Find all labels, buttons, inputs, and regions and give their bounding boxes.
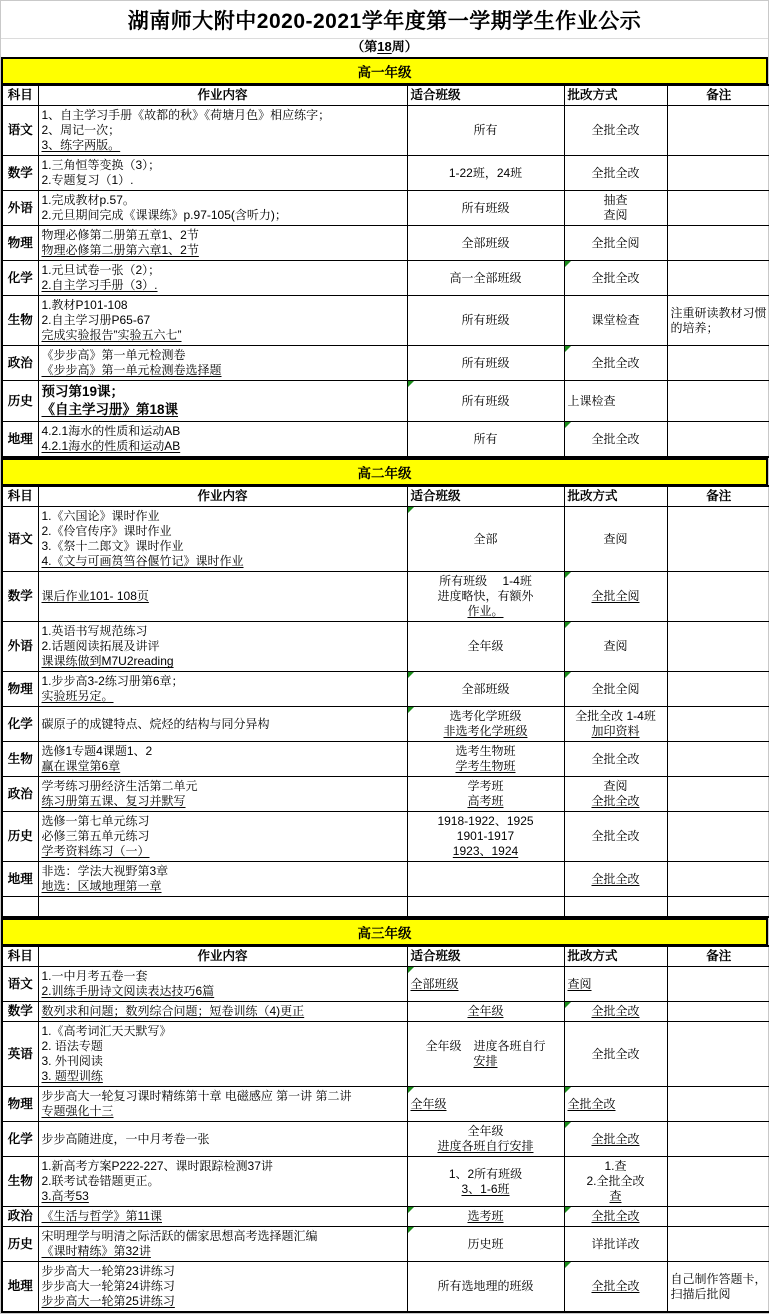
table-row: 生物选修1专题4课题1、2赢在课堂第6章选考生物班学考生物班全批全改 xyxy=(2,742,769,777)
text-line: 全年级 xyxy=(411,1004,561,1019)
homework-content-cell xyxy=(38,897,407,918)
text-line: 1.元旦试卷一张（2）； xyxy=(42,263,404,278)
text-line: 全年级 xyxy=(411,1124,561,1139)
grading-method-cell: 上课检查 xyxy=(564,381,667,422)
grading-method-cell: 全批全阅 xyxy=(564,572,667,622)
note-cell xyxy=(667,191,769,226)
classes-cell: 所有选地理的班级 xyxy=(407,1262,564,1313)
classes-cell: 所有 xyxy=(407,422,564,458)
table-row: 物理1.步步高3-2练习册第6章；实验班另定。全部班级全批全阅 xyxy=(2,672,769,707)
text-line: 所有 xyxy=(411,432,561,447)
classes-cell: 全年级 xyxy=(407,622,564,672)
grade-band: 高三年级 xyxy=(1,918,768,945)
grading-method-cell: 全批全改 xyxy=(564,1002,667,1022)
classes-cell: 所有班级 xyxy=(407,296,564,346)
text-line: 2.话题阅读拓展及讲评 xyxy=(42,639,404,654)
grading-method-cell: 全批全改 xyxy=(564,742,667,777)
homework-content-cell: 1.完成教材p.57。2.元旦期间完成《课课练》p.97-105(含听力)； xyxy=(38,191,407,226)
grading-method-cell: 全批全改 xyxy=(564,106,667,156)
text-line: 2.全批全改 xyxy=(568,1174,664,1189)
text-line: 1901-1917 xyxy=(411,829,561,844)
text-line: 《步步高》第一单元检测卷 xyxy=(42,348,404,363)
table-row: 数学1.三角恒等变换（3）；2.专题复习（1）.1-22班，24班全批全改 xyxy=(2,156,769,191)
grading-method-cell: 查阅 xyxy=(564,622,667,672)
text-line: 全批全改 xyxy=(568,1097,664,1112)
text-line: 《自主学习册》第18课 xyxy=(42,401,404,419)
column-header: 备注 xyxy=(667,486,769,507)
classes-cell: 全部班级 xyxy=(407,967,564,1002)
text-line: 全年级 xyxy=(411,1097,561,1112)
column-header: 批改方式 xyxy=(564,85,667,106)
text-line: 作业。 xyxy=(411,604,561,619)
text-line: 3. 题型训练 xyxy=(42,1069,404,1084)
text-line: 自己制作答题卡，扫描后批阅 xyxy=(671,1272,768,1302)
subject-cell: 化学 xyxy=(2,1122,38,1157)
text-line: 3.高考53 xyxy=(42,1189,404,1204)
table-row: 政治《生活与哲学》第11课选考班全批全改 xyxy=(2,1207,769,1227)
text-line: 必修三第五单元练习 xyxy=(42,829,404,844)
text-line: 2.自主学习册P65-67 xyxy=(42,313,404,328)
text-line: 《步步高》第一单元检测卷选择题 xyxy=(42,363,404,378)
note-cell xyxy=(667,1227,769,1262)
table-row: 地理步步高大一轮第23讲练习步步高大一轮第24讲练习步步高大一轮第25讲练习所有… xyxy=(2,1262,769,1313)
text-line: 2.自主学习手册（3）. xyxy=(42,278,404,293)
subject-cell xyxy=(2,897,38,918)
classes-cell: 全年级 xyxy=(407,1087,564,1122)
grading-method-cell: 查阅 xyxy=(564,967,667,1002)
subject-cell: 政治 xyxy=(2,1207,38,1227)
note-cell xyxy=(667,261,769,296)
column-header: 备注 xyxy=(667,946,769,967)
homework-announcement-sheet: 湖南师大附中2020-2021学年度第一学期学生作业公示 （第 18周） 高一年… xyxy=(0,0,769,1314)
classes-cell: 选考班 xyxy=(407,1207,564,1227)
text-line: 1、自主学习手册《故都的秋》《荷塘月色》相应练字； xyxy=(42,108,404,123)
note-cell xyxy=(667,422,769,458)
note-cell xyxy=(667,1087,769,1122)
text-line: 3、练字两版。 xyxy=(42,138,404,153)
table-row: 历史选修一第七单元练习必修三第五单元练习学考资料练习（一）1918-1922、1… xyxy=(2,812,769,862)
grading-method-cell: 全批全改 xyxy=(564,1122,667,1157)
text-line: 课后作业101- 108页 xyxy=(42,589,404,604)
grade-band: 高一年级 xyxy=(1,57,768,84)
text-line: 查阅 xyxy=(568,977,664,992)
note-cell xyxy=(667,742,769,777)
classes-cell: 学考班高考班 xyxy=(407,777,564,812)
text-line: 4.2.1海水的性质和运动AB xyxy=(42,424,404,439)
classes-cell: 全部班级 xyxy=(407,226,564,261)
text-line: 所有班级 xyxy=(411,356,561,371)
grading-method-cell: 查阅 xyxy=(564,507,667,572)
text-line: 全部 xyxy=(411,532,561,547)
classes-cell: 所有班级 xyxy=(407,191,564,226)
homework-content-cell: 物理必修第二册第五章1、2节物理必修第二册第六章1、2节 xyxy=(38,226,407,261)
table-row: 生物1.教材P101-1082.自主学习册P65-67完成实验报告”实验五六七”… xyxy=(2,296,769,346)
table-row: 地理非选：学法大视野第3章地选：区域地理第一章全批全改 xyxy=(2,862,769,897)
homework-content-cell: 选修1专题4课题1、2赢在课堂第6章 xyxy=(38,742,407,777)
grading-method-cell: 抽查查阅 xyxy=(564,191,667,226)
homework-content-cell: 《生活与哲学》第11课 xyxy=(38,1207,407,1227)
classes-cell: 1918-1922、19251901-19171923、1924 xyxy=(407,812,564,862)
grade-band: 高二年级 xyxy=(1,458,768,485)
text-line: 全批全改 xyxy=(568,123,664,138)
note-cell xyxy=(667,507,769,572)
classes-cell: 全部班级 xyxy=(407,672,564,707)
text-line: 1.查 xyxy=(568,1159,664,1174)
text-line: 2.联考试卷错题更正。 xyxy=(42,1174,404,1189)
note-cell xyxy=(667,1002,769,1022)
text-line: 《生活与哲学》第11课 xyxy=(42,1209,404,1224)
homework-content-cell: 1.新高考方案P222-227、课时跟踪检测37讲2.联考试卷错题更正。3.高考… xyxy=(38,1157,407,1207)
text-line: 全批全改 xyxy=(568,1047,664,1062)
homework-content-cell: 1.一中月考五卷一套2.训练手册诗文阅读表达技巧6篇 xyxy=(38,967,407,1002)
homework-content-cell: 1.教材P101-1082.自主学习册P65-67完成实验报告”实验五六七” xyxy=(38,296,407,346)
grading-method-cell: 全批全改 xyxy=(564,422,667,458)
text-line: 安排 xyxy=(411,1054,561,1069)
text-line: 全部班级 xyxy=(411,682,561,697)
subject-cell: 数学 xyxy=(2,156,38,191)
note-cell xyxy=(667,862,769,897)
text-line: 非选：学法大视野第3章 xyxy=(42,864,404,879)
grading-method-cell: 全批全改 xyxy=(564,1087,667,1122)
note-cell: 自己制作答题卡，扫描后批阅 xyxy=(667,1262,769,1313)
table-row: 外语1.英语书写规范练习2.话题阅读拓展及讲评课课练做到M7U2reading全… xyxy=(2,622,769,672)
text-line: 1918-1922、1925 xyxy=(411,814,561,829)
column-header: 适合班级 xyxy=(407,486,564,507)
text-line: 全批全改 xyxy=(568,872,664,887)
homework-content-cell: 步步高大一轮第23讲练习步步高大一轮第24讲练习步步高大一轮第25讲练习 xyxy=(38,1262,407,1313)
homework-content-cell: 4.2.1海水的性质和运动AB4.2.1海水的性质和运动AB xyxy=(38,422,407,458)
subject-cell: 历史 xyxy=(2,381,38,422)
text-line: 查阅 xyxy=(568,208,664,223)
homework-table: 科目作业内容适合班级批改方式备注语文1.一中月考五卷一套2.训练手册诗文阅读表达… xyxy=(1,945,769,1313)
text-line: 3.《祭十二郎文》课时作业 xyxy=(42,539,404,554)
note-cell xyxy=(667,812,769,862)
homework-content-cell: 1.英语书写规范练习2.话题阅读拓展及讲评课课练做到M7U2reading xyxy=(38,622,407,672)
note-cell xyxy=(667,672,769,707)
text-line: 全批全改 xyxy=(568,1279,664,1294)
column-header: 批改方式 xyxy=(564,486,667,507)
text-line: 1.步步高3-2练习册第6章； xyxy=(42,674,404,689)
homework-content-cell: 步步高随进度，一中月考卷一张 xyxy=(38,1122,407,1157)
text-line: 上课检查 xyxy=(568,394,664,409)
text-line: 全批全改 xyxy=(568,752,664,767)
table-row: 语文1.一中月考五卷一套2.训练手册诗文阅读表达技巧6篇全部班级查阅 xyxy=(2,967,769,1002)
column-header: 科目 xyxy=(2,85,38,106)
note-cell xyxy=(667,226,769,261)
text-line: 2.训练手册诗文阅读表达技巧6篇 xyxy=(42,984,404,999)
grading-method-cell: 全批全阅 xyxy=(564,226,667,261)
text-line: 1.英语书写规范练习 xyxy=(42,624,404,639)
text-line: 选修一第七单元练习 xyxy=(42,814,404,829)
classes-cell: 所有 xyxy=(407,106,564,156)
table-row: 外语1.完成教材p.57。2.元旦期间完成《课课练》p.97-105(含听力)；… xyxy=(2,191,769,226)
table-row: 英语1.《高考词汇天天默写》2. 语法专题3. 外刊阅读3. 题型训练全年级 进… xyxy=(2,1022,769,1087)
homework-table: 科目作业内容适合班级批改方式备注语文1、自主学习手册《故都的秋》《荷塘月色》相应… xyxy=(1,84,769,458)
note-cell xyxy=(667,1122,769,1157)
homework-content-cell: 1、自主学习手册《故都的秋》《荷塘月色》相应练字；2、周记一次；3、练字两版。 xyxy=(38,106,407,156)
header-row: 科目作业内容适合班级批改方式备注 xyxy=(2,85,769,106)
homework-content-cell: 1.《六国论》课时作业2.《伶官传序》课时作业3.《祭十二郎文》课时作业4.《文… xyxy=(38,507,407,572)
text-line: 物理必修第二册第五章1、2节 xyxy=(42,228,404,243)
text-line: 实验班另定。 xyxy=(42,689,404,704)
text-line: 数列求和问题；数列综合问题；短卷训练（4)更正 xyxy=(42,1004,404,1019)
note-cell xyxy=(667,156,769,191)
homework-content-cell: 碳原子的成键特点、烷烃的结构与同分异构 xyxy=(38,707,407,742)
subject-cell: 地理 xyxy=(2,422,38,458)
subject-cell: 生物 xyxy=(2,296,38,346)
text-line: 全批全改 xyxy=(568,1209,664,1224)
homework-content-cell: 数列求和问题；数列综合问题；短卷训练（4)更正 xyxy=(38,1002,407,1022)
classes-cell: 选考化学班级非选考化学班级 xyxy=(407,707,564,742)
text-line: 4.《文与可画筼筜谷偃竹记》课时作业 xyxy=(42,554,404,569)
text-line: 非选考化学班级 xyxy=(411,724,561,739)
table-row: 语文1.《六国论》课时作业2.《伶官传序》课时作业3.《祭十二郎文》课时作业4.… xyxy=(2,507,769,572)
text-line: 全批全改 xyxy=(568,166,664,181)
grading-method-cell: 查阅全批全改 xyxy=(564,777,667,812)
text-line: 1.新高考方案P222-227、课时跟踪检测37讲 xyxy=(42,1159,404,1174)
grading-method-cell: 全批全改 xyxy=(564,1262,667,1313)
homework-content-cell: 宋明理学与明清之际活跃的儒家思想高考选择题汇编《课时精练》第32讲 xyxy=(38,1227,407,1262)
subject-cell: 化学 xyxy=(2,707,38,742)
column-header: 科目 xyxy=(2,946,38,967)
subject-cell: 语文 xyxy=(2,967,38,1002)
text-line: 查阅 xyxy=(568,532,664,547)
subject-cell: 生物 xyxy=(2,742,38,777)
classes-cell: 高一全部班级 xyxy=(407,261,564,296)
text-line: 2. 语法专题 xyxy=(42,1039,404,1054)
text-line: 碳原子的成键特点、烷烃的结构与同分异构 xyxy=(42,717,404,732)
table-row: 政治学考练习册经济生活第二单元练习册第五课、复习并默写学考班高考班查阅全批全改 xyxy=(2,777,769,812)
table-row: 政治《步步高》第一单元检测卷《步步高》第一单元检测卷选择题所有班级全批全改 xyxy=(2,346,769,381)
note-cell xyxy=(667,897,769,918)
column-header: 批改方式 xyxy=(564,946,667,967)
text-line: 全批全改 xyxy=(568,829,664,844)
homework-content-cell: 《步步高》第一单元检测卷《步步高》第一单元检测卷选择题 xyxy=(38,346,407,381)
table-row: 化学碳原子的成键特点、烷烃的结构与同分异构选考化学班级非选考化学班级全批全改 1… xyxy=(2,707,769,742)
text-line: 1.教材P101-108 xyxy=(42,298,404,313)
week-subtitle-suffix: 周） xyxy=(392,39,418,55)
homework-content-cell: 选修一第七单元练习必修三第五单元练习学考资料练习（一） xyxy=(38,812,407,862)
text-line: 所有班级 xyxy=(411,394,561,409)
homework-content-cell: 学考练习册经济生活第二单元练习册第五课、复习并默写 xyxy=(38,777,407,812)
text-line: 1923、1924 xyxy=(411,844,561,859)
subject-cell: 化学 xyxy=(2,261,38,296)
table-row: 历史预习第19课；《自主学习册》第18课所有班级上课检查 xyxy=(2,381,769,422)
text-line: 练习册第五课、复习并默写 xyxy=(42,794,404,809)
text-line: 1.《六国论》课时作业 xyxy=(42,509,404,524)
subject-cell: 数学 xyxy=(2,1002,38,1022)
subject-cell: 语文 xyxy=(2,106,38,156)
week-subtitle-prefix: （第 xyxy=(351,39,377,55)
homework-content-cell: 1.步步高3-2练习册第6章；实验班另定。 xyxy=(38,672,407,707)
text-line: 选考化学班级 xyxy=(411,709,561,724)
text-line: 全批全阅 xyxy=(568,682,664,697)
text-line: 学考生物班 xyxy=(411,759,561,774)
table-row: 化学1.元旦试卷一张（2）；2.自主学习手册（3）.高一全部班级全批全改 xyxy=(2,261,769,296)
subject-cell: 物理 xyxy=(2,1087,38,1122)
text-line: 全批全改 xyxy=(568,1004,664,1019)
column-header: 备注 xyxy=(667,85,769,106)
text-line: 3、1-6班 xyxy=(411,1182,561,1197)
text-line: 全批全阅 xyxy=(568,236,664,251)
header-row: 科目作业内容适合班级批改方式备注 xyxy=(2,946,769,967)
text-line: 步步高大一轮第25讲练习 xyxy=(42,1294,404,1309)
grading-method-cell: 详批详改 xyxy=(564,1227,667,1262)
grading-method-cell xyxy=(564,897,667,918)
text-line: 2、周记一次； xyxy=(42,123,404,138)
text-line: 1.一中月考五卷一套 xyxy=(42,969,404,984)
table-row: 化学步步高随进度，一中月考卷一张全年级进度各班自行安排全批全改 xyxy=(2,1122,769,1157)
table-row: 历史宋明理学与明清之际活跃的儒家思想高考选择题汇编《课时精练》第32讲历史班详批… xyxy=(2,1227,769,1262)
grading-method-cell: 全批全改 xyxy=(564,1022,667,1087)
text-line: 加印资料 xyxy=(568,724,664,739)
table-row: 物理步步高大一轮复习课时精练第十章 电磁感应 第一讲 第二讲专题强化十三全年级全… xyxy=(2,1087,769,1122)
note-cell xyxy=(667,707,769,742)
text-line: 全批全改 xyxy=(568,794,664,809)
table-row: 数学数列求和问题；数列综合问题；短卷训练（4)更正全年级全批全改 xyxy=(2,1002,769,1022)
text-line: 2.《伶官传序》课时作业 xyxy=(42,524,404,539)
grading-method-cell: 全批全改 1-4班加印资料 xyxy=(564,707,667,742)
column-header: 作业内容 xyxy=(38,946,407,967)
text-line: 地选：区域地理第一章 xyxy=(42,879,404,894)
column-header: 作业内容 xyxy=(38,85,407,106)
classes-cell: 1-22班，24班 xyxy=(407,156,564,191)
text-line: 学考班 xyxy=(411,779,561,794)
text-line: 2.专题复习（1）. xyxy=(42,173,404,188)
subject-cell: 数学 xyxy=(2,572,38,622)
grading-method-cell: 全批全阅 xyxy=(564,672,667,707)
classes-cell xyxy=(407,897,564,918)
note-cell xyxy=(667,1022,769,1087)
text-line: 全批全改 xyxy=(568,271,664,286)
text-line: 全年级 进度各班自行 xyxy=(411,1039,561,1054)
grading-method-cell: 全批全改 xyxy=(564,812,667,862)
text-line: 步步高大一轮复习课时精练第十章 电磁感应 第一讲 第二讲 xyxy=(42,1089,404,1104)
text-line: 完成实验报告”实验五六七” xyxy=(42,328,404,343)
classes-cell: 选考生物班学考生物班 xyxy=(407,742,564,777)
week-subtitle: （第 18周） xyxy=(1,39,768,57)
subject-cell: 物理 xyxy=(2,672,38,707)
classes-cell: 所有班级 xyxy=(407,346,564,381)
text-line: 预习第19课； xyxy=(42,383,404,401)
note-cell xyxy=(667,1207,769,1227)
classes-cell: 全年级 xyxy=(407,1002,564,1022)
homework-table: 科目作业内容适合班级批改方式备注语文1.《六国论》课时作业2.《伶官传序》课时作… xyxy=(1,485,769,918)
subject-cell: 历史 xyxy=(2,812,38,862)
subject-cell: 英语 xyxy=(2,1022,38,1087)
text-line: 1.完成教材p.57。 xyxy=(42,193,404,208)
grade-sections: 高一年级科目作业内容适合班级批改方式备注语文1、自主学习手册《故都的秋》《荷塘月… xyxy=(1,57,768,1313)
text-line: 选修1专题4课题1、2 xyxy=(42,744,404,759)
grading-method-cell: 全批全改 xyxy=(564,261,667,296)
header-row: 科目作业内容适合班级批改方式备注 xyxy=(2,486,769,507)
subject-cell: 地理 xyxy=(2,862,38,897)
homework-content-cell: 1.《高考词汇天天默写》2. 语法专题3. 外刊阅读3. 题型训练 xyxy=(38,1022,407,1087)
note-cell: 注重研读教材习惯的培养； xyxy=(667,296,769,346)
note-cell xyxy=(667,572,769,622)
grading-method-cell: 1.查2.全批全改查 xyxy=(564,1157,667,1207)
page-title: 湖南师大附中2020-2021学年度第一学期学生作业公示 xyxy=(1,1,768,39)
text-line: 全批全改 xyxy=(568,1132,664,1147)
homework-content-cell: 1.三角恒等变换（3）；2.专题复习（1）. xyxy=(38,156,407,191)
text-line: 学考资料练习（一） xyxy=(42,844,404,859)
classes-cell: 全部 xyxy=(407,507,564,572)
table-row: 语文1、自主学习手册《故都的秋》《荷塘月色》相应练字；2、周记一次；3、练字两版… xyxy=(2,106,769,156)
text-line: 进度略快，有额外 xyxy=(411,589,561,604)
column-header: 适合班级 xyxy=(407,85,564,106)
column-header: 科目 xyxy=(2,486,38,507)
text-line: 1.三角恒等变换（3）； xyxy=(42,158,404,173)
text-line: 2.元旦期间完成《课课练》p.97-105(含听力)； xyxy=(42,208,404,223)
text-line: 步步高大一轮第24讲练习 xyxy=(42,1279,404,1294)
text-line: 1-22班，24班 xyxy=(411,166,561,181)
table-row: 生物1.新高考方案P222-227、课时跟踪检测37讲2.联考试卷错题更正。3.… xyxy=(2,1157,769,1207)
text-line: 选考生物班 xyxy=(411,744,561,759)
table-row: 数学课后作业101- 108页所有班级 1-4班进度略快，有额外作业。全批全阅 xyxy=(2,572,769,622)
homework-content-cell: 步步高大一轮复习课时精练第十章 电磁感应 第一讲 第二讲专题强化十三 xyxy=(38,1087,407,1122)
classes-cell: 全年级 进度各班自行安排 xyxy=(407,1022,564,1087)
classes-cell: 全年级进度各班自行安排 xyxy=(407,1122,564,1157)
text-line: 所有选地理的班级 xyxy=(411,1279,561,1294)
text-line: 学考练习册经济生活第二单元 xyxy=(42,779,404,794)
text-line: 所有班级 xyxy=(411,201,561,216)
text-line: 全批全改 1-4班 xyxy=(568,709,664,724)
column-header: 适合班级 xyxy=(407,946,564,967)
text-line: 注重研读教材习惯的培养； xyxy=(671,306,768,336)
classes-cell: 所有班级 xyxy=(407,381,564,422)
table-row: 地理4.2.1海水的性质和运动AB4.2.1海水的性质和运动AB所有全批全改 xyxy=(2,422,769,458)
subject-cell: 政治 xyxy=(2,346,38,381)
grading-method-cell: 全批全改 xyxy=(564,862,667,897)
note-cell xyxy=(667,1157,769,1207)
grading-method-cell: 全批全改 xyxy=(564,346,667,381)
text-line: 查阅 xyxy=(568,779,664,794)
grading-method-cell: 课堂检查 xyxy=(564,296,667,346)
text-line: 4.2.1海水的性质和运动AB xyxy=(42,439,404,454)
table-row xyxy=(2,897,769,918)
homework-content-cell: 预习第19课；《自主学习册》第18课 xyxy=(38,381,407,422)
text-line: 专题强化十三 xyxy=(42,1104,404,1119)
subject-cell: 物理 xyxy=(2,226,38,261)
text-line: 详批详改 xyxy=(568,1237,664,1252)
homework-content-cell: 1.元旦试卷一张（2）；2.自主学习手册（3）. xyxy=(38,261,407,296)
classes-cell: 历史班 xyxy=(407,1227,564,1262)
text-line: 步步高大一轮第23讲练习 xyxy=(42,1264,404,1279)
subject-cell: 语文 xyxy=(2,507,38,572)
text-line: 所有班级 xyxy=(411,313,561,328)
text-line: 全年级 xyxy=(411,639,561,654)
classes-cell: 所有班级 1-4班进度略快，有额外作业。 xyxy=(407,572,564,622)
note-cell xyxy=(667,381,769,422)
text-line: 1、2所有班级 xyxy=(411,1167,561,1182)
subject-cell: 地理 xyxy=(2,1262,38,1313)
text-line: 历史班 xyxy=(411,1237,561,1252)
note-cell xyxy=(667,777,769,812)
text-line: 进度各班自行安排 xyxy=(411,1139,561,1154)
note-cell xyxy=(667,967,769,1002)
classes-cell: 1、2所有班级3、1-6班 xyxy=(407,1157,564,1207)
text-line: 所有班级 1-4班 xyxy=(411,574,561,589)
text-line: 1.《高考词汇天天默写》 xyxy=(42,1024,404,1039)
text-line: 选考班 xyxy=(411,1209,561,1224)
text-line: 全批全改 xyxy=(568,356,664,371)
text-line: 物理必修第二册第六章1、2节 xyxy=(42,243,404,258)
text-line: 全批全阅 xyxy=(568,589,664,604)
subject-cell: 政治 xyxy=(2,777,38,812)
note-cell xyxy=(667,622,769,672)
text-line: 抽查 xyxy=(568,193,664,208)
homework-content-cell: 课后作业101- 108页 xyxy=(38,572,407,622)
